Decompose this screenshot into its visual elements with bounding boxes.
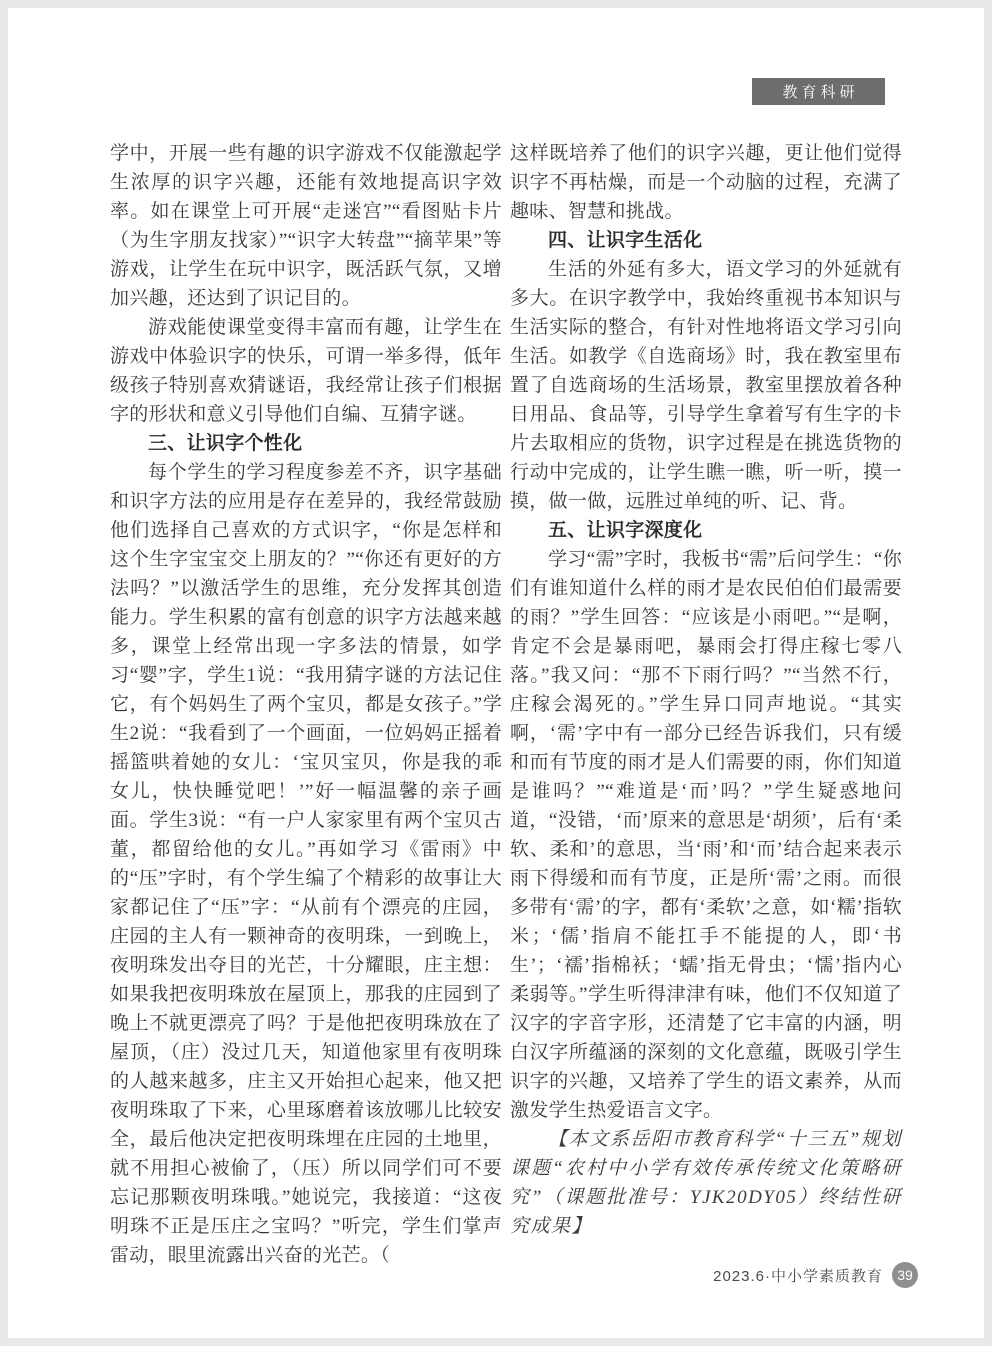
section-heading: 三、让识字个性化 bbox=[110, 429, 502, 458]
body-paragraph: 每个学生的学习程度参差不齐，识字基础和识字方法的应用是存在差异的，我经常鼓励他们… bbox=[110, 458, 502, 1270]
right-column: 这样既培养了他们的识字兴趣，更让他们觉得识字不再枯燥，而是一个动脑的过程，充满了… bbox=[510, 139, 902, 1241]
section-badge: 教育科研 bbox=[752, 78, 885, 105]
body-paragraph: 这样既培养了他们的识字兴趣，更让他们觉得识字不再枯燥，而是一个动脑的过程，充满了… bbox=[510, 139, 902, 226]
section-badge-label: 教育科研 bbox=[778, 81, 858, 102]
journal-info: 2023.6·中小学素质教育 bbox=[713, 1265, 883, 1286]
section-heading: 四、让识字生活化 bbox=[510, 226, 902, 255]
body-paragraph: 生活的外延有多大，语文学习的外延就有多大。在识字教学中，我始终重视书本知识与生活… bbox=[510, 255, 902, 516]
funding-note: 【本文系岳阳市教育科学“十三五”规划课题“农村中小学有效传承传统文化策略研究”（… bbox=[510, 1125, 902, 1241]
footer: 2023.6·中小学素质教育 39 bbox=[713, 1262, 918, 1288]
left-column: 学中，开展一些有趣的识字游戏不仅能激起学生浓厚的识字兴趣，还能有效地提高识字效率… bbox=[110, 139, 502, 1270]
body-paragraph: 游戏能使课堂变得丰富而有趣，让学生在游戏中体验识字的快乐，可谓一举多得，低年级孩… bbox=[110, 313, 502, 429]
section-heading: 五、让识字深度化 bbox=[510, 516, 902, 545]
page-number-badge: 39 bbox=[892, 1262, 918, 1288]
body-paragraph: 学习“需”字时，我板书“需”后问学生：“你们有谁知道什么样的雨才是农民伯伯们最需… bbox=[510, 545, 902, 1125]
page: 教育科研 学中，开展一些有趣的识字游戏不仅能激起学生浓厚的识字兴趣，还能有效地提… bbox=[0, 0, 992, 1346]
body-paragraph: 学中，开展一些有趣的识字游戏不仅能激起学生浓厚的识字兴趣，还能有效地提高识字效率… bbox=[110, 139, 502, 313]
